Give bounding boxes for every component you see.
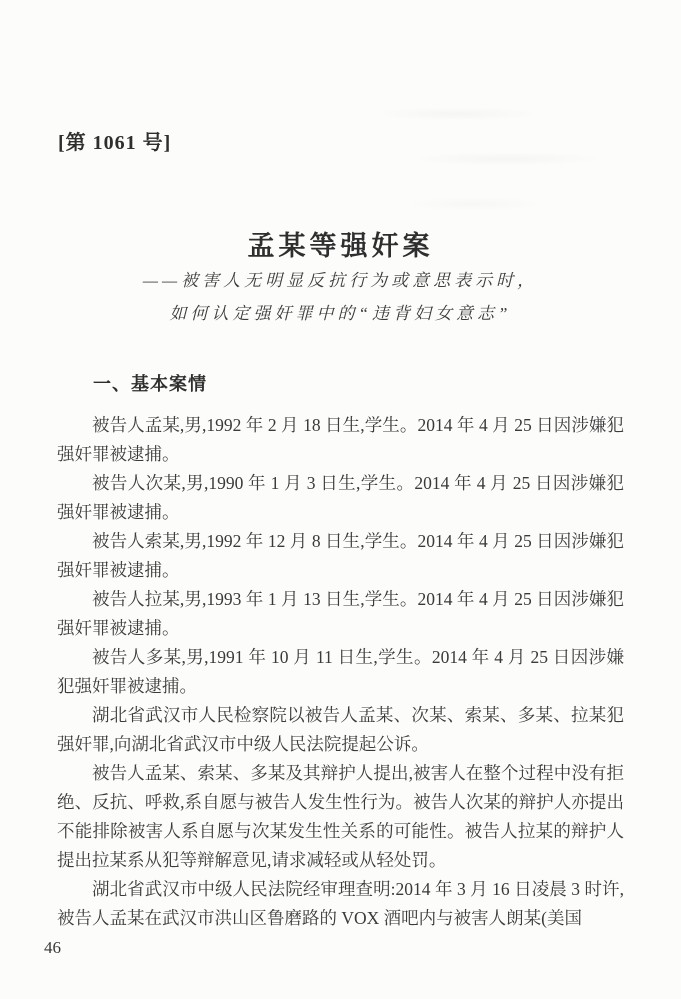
case-subtitle-line-1: ——被害人无明显反抗行为或意思表示时，	[0, 264, 681, 297]
case-subtitle: ——被害人无明显反抗行为或意思表示时， 如何认定强奸罪中的“违背妇女意志”	[0, 264, 681, 330]
section-heading-basic-facts: 一、基本案情	[93, 370, 207, 396]
page-showthrough-noise	[330, 60, 650, 240]
case-title: 孟某等强奸案	[0, 224, 681, 263]
paragraph-defense-arguments: 被告人孟某、索某、多某及其辩护人提出,被害人在整个过程中没有拒绝、反抗、呼救,系…	[57, 759, 624, 875]
page-number: 46	[44, 938, 61, 958]
case-subtitle-line-2: 如何认定强奸罪中的“违背妇女意志”	[0, 297, 681, 330]
paragraph-defendant-suo: 被告人索某,男,1992 年 12 月 8 日生,学生。2014 年 4 月 2…	[57, 527, 624, 585]
body-text: 被告人孟某,男,1992 年 2 月 18 日生,学生。2014 年 4 月 2…	[57, 411, 624, 933]
paragraph-defendant-ci: 被告人次某,男,1990 年 1 月 3 日生,学生。2014 年 4 月 25…	[57, 469, 624, 527]
paragraph-prosecution: 湖北省武汉市人民检察院以被告人孟某、次某、索某、多某、拉某犯强奸罪,向湖北省武汉…	[57, 701, 624, 759]
paragraph-court-findings: 湖北省武汉市中级人民法院经审理查明:2014 年 3 月 16 日凌晨 3 时许…	[57, 875, 624, 933]
paragraph-defendant-meng: 被告人孟某,男,1992 年 2 月 18 日生,学生。2014 年 4 月 2…	[57, 411, 624, 469]
paragraph-defendant-duo: 被告人多某,男,1991 年 10 月 11 日生,学生。2014 年 4 月 …	[57, 643, 624, 701]
scanned-book-page: [第 1061 号] 孟某等强奸案 ——被害人无明显反抗行为或意思表示时， 如何…	[0, 0, 681, 999]
case-number-label: [第 1061 号]	[58, 126, 171, 155]
paragraph-defendant-la: 被告人拉某,男,1993 年 1 月 13 日生,学生。2014 年 4 月 2…	[57, 585, 624, 643]
